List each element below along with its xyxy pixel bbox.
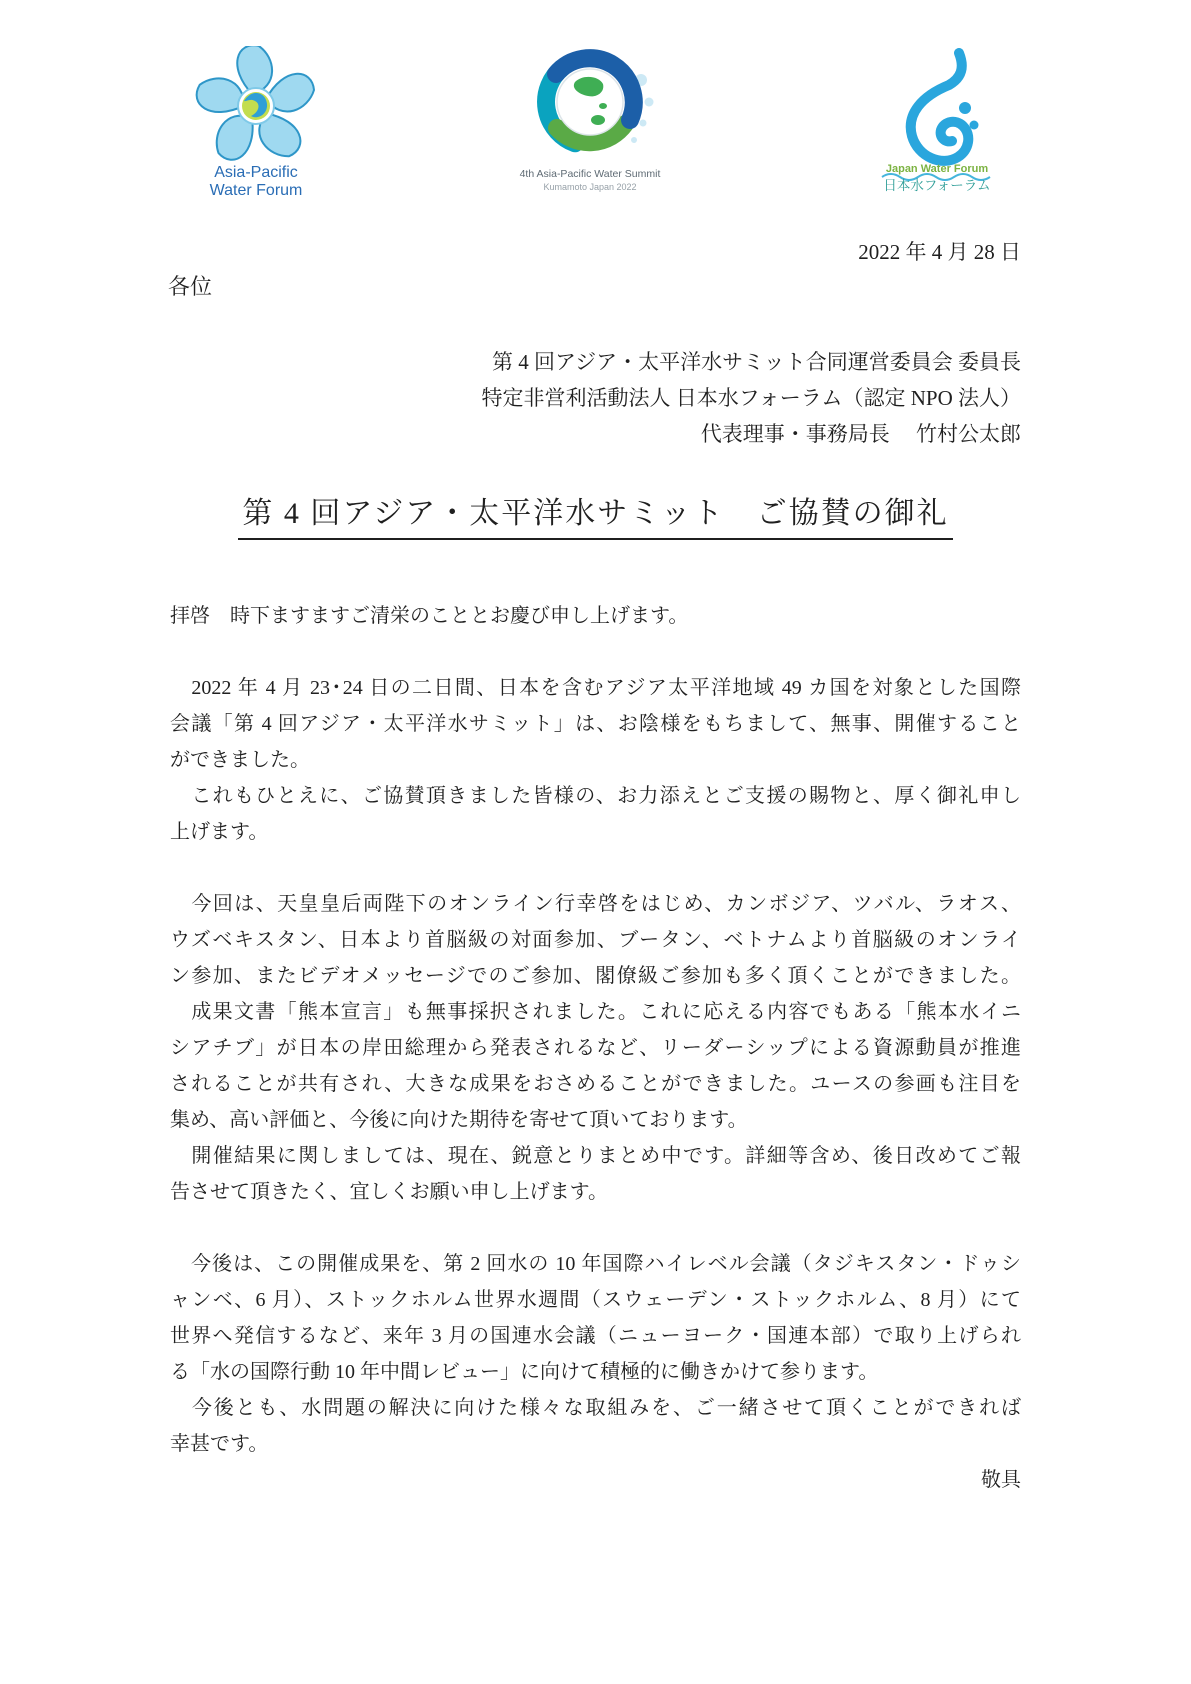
- body-line: 拝啓 時下ますますご清栄のこととお慶び申し上げます。: [170, 598, 1021, 634]
- body-line: されることが共有され、大きな成果をおさめることができました。ユースの参画も注目を: [170, 1066, 1021, 1102]
- paragraph: 拝啓 時下ますますご清栄のこととお慶び申し上げます。: [170, 598, 1021, 634]
- body-line: ウズベキスタン、日本より首脳級の対面参加、ブータン、ベトナムより首脳級のオンライ: [170, 922, 1021, 958]
- body-line: 今後とも、水問題の解決に向けた様々な取組みを、ご一緒させて頂くことができれば: [170, 1390, 1021, 1426]
- body-line: 告させて頂きたく、宜しくお願い申し上げます。: [170, 1174, 1021, 1210]
- body-line: 幸甚です。: [170, 1426, 1021, 1462]
- body-line: 会議「第 4 回アジア・太平洋水サミット」は、お陰様をもちまして、無事、開催する…: [170, 706, 1021, 742]
- paragraph: 今後とも、水問題の解決に向けた様々な取組みを、ご一緒させて頂くことができれば幸甚…: [170, 1390, 1021, 1462]
- jwf-logo-text-jp: 日本水フォーラム: [883, 177, 990, 193]
- asia-pacific-water-forum-logo: Asia-Pacific Water Forum: [188, 46, 328, 206]
- paragraph: 成果文書「熊本宣言」も無事採択されました。これに応える内容でもある「熊本水イニシ…: [170, 994, 1021, 1138]
- paragraph: 2022 年 4 月 23･24 日の二日間、日本を含むアジア太平洋地域 49 …: [170, 670, 1021, 778]
- body-line: ができました。: [170, 742, 1021, 778]
- salutation: 各位: [168, 269, 212, 305]
- body-line: 今回は、天皇皇后両陛下のオンライン行幸啓をはじめ、カンボジア、ツバル、ラオス、: [170, 886, 1021, 922]
- body-line: 2022 年 4 月 23･24 日の二日間、日本を含むアジア太平洋地域 49 …: [170, 670, 1021, 706]
- title-row: 第 4 回アジア・太平洋水サミット ご協賛の御礼: [0, 494, 1191, 540]
- letter-date: 2022 年 4 月 28 日: [170, 234, 1021, 270]
- sender-line-organization: 特定非営利活動法人 日本水フォーラム（認定 NPO 法人）: [170, 380, 1021, 416]
- apws-logo-text-2: Kumamoto Japan 2022: [543, 182, 636, 192]
- body-line: 上げます。: [170, 814, 1021, 850]
- body-line: ン参加、またビデオメッセージでのご参加、閣僚級ご参加も多く頂くことができました。: [170, 958, 1021, 994]
- paragraph: 開催結果に関しましては、現在、鋭意とりまとめ中です。詳細等含め、後日改めてご報告…: [170, 1138, 1021, 1210]
- body-line: 敬具: [170, 1462, 1021, 1498]
- body-line: 開催結果に関しましては、現在、鋭意とりまとめ中です。詳細等含め、後日改めてご報: [170, 1138, 1021, 1174]
- jwf-logo-text-en: Japan Water Forum: [886, 163, 988, 175]
- paragraph: 今後は、この開催成果を、第 2 回水の 10 年国際ハイレベル会議（タジキスタン…: [170, 1246, 1021, 1390]
- apwf-logo-text-1: Asia-Pacific: [214, 164, 298, 181]
- apws-summit-icon: 4th Asia-Pacific Water Summit Kumamoto J…: [510, 40, 670, 195]
- body-line: る「水の国際行動 10 年中間レビュー」に向けて積極的に働きかけて参ります。: [170, 1354, 1021, 1390]
- letter-body: 拝啓 時下ますますご清栄のこととお慶び申し上げます。 2022 年 4 月 23…: [170, 598, 1021, 1498]
- body-line: 世界へ発信するなど、来年 3 月の国連水会議（ニューヨーク・国連本部）で取り上げ…: [170, 1318, 1021, 1354]
- sender-block: 第 4 回アジア・太平洋水サミット合同運営委員会 委員長 特定非営利活動法人 日…: [170, 344, 1021, 452]
- body-line: 集め、高い評価と、今後に向けた期待を寄せて頂いております。: [170, 1102, 1021, 1138]
- body-line: 今後は、この開催成果を、第 2 回水の 10 年国際ハイレベル会議（タジキスタン…: [170, 1246, 1021, 1282]
- letter-page: Asia-Pacific Water Forum 4th Asia-Pacifi…: [0, 0, 1191, 1684]
- paragraph: 敬具: [170, 1462, 1021, 1498]
- body-line: 成果文書「熊本宣言」も無事採択されました。これに応える内容でもある「熊本水イニ: [170, 994, 1021, 1030]
- letter-title: 第 4 回アジア・太平洋水サミット ご協賛の御礼: [238, 494, 952, 540]
- paragraph: これもひとえに、ご協賛頂きました皆様の、お力添えとご支援の賜物と、厚く御礼申し上…: [170, 778, 1021, 850]
- apwf-logo-text-2: Water Forum: [210, 182, 303, 199]
- japan-water-forum-icon: Japan Water Forum 日本水フォーラム: [862, 48, 1012, 193]
- sender-line-committee: 第 4 回アジア・太平洋水サミット合同運営委員会 委員長: [170, 344, 1021, 380]
- paragraph: 今回は、天皇皇后両陛下のオンライン行幸啓をはじめ、カンボジア、ツバル、ラオス、ウ…: [170, 886, 1021, 994]
- body-line: シアチブ」が日本の岸田総理から発表されるなど、リーダーシップによる資源動員が推進: [170, 1030, 1021, 1066]
- body-line: ャンベ、6 月）、ストックホルム世界水週間（スウェーデン・ストックホルム、8 月…: [170, 1282, 1021, 1318]
- japan-water-forum-logo: Japan Water Forum 日本水フォーラム: [862, 48, 1012, 198]
- asia-pacific-water-forum-icon: Asia-Pacific Water Forum: [188, 46, 328, 201]
- body-line: これもひとえに、ご協賛頂きました皆様の、お力添えとご支援の賜物と、厚く御礼申し: [170, 778, 1021, 814]
- sender-line-representative: 代表理事・事務局長 竹村公太郎: [170, 416, 1021, 452]
- apws-summit-logo: 4th Asia-Pacific Water Summit Kumamoto J…: [510, 40, 670, 200]
- apws-logo-text-1: 4th Asia-Pacific Water Summit: [520, 168, 661, 180]
